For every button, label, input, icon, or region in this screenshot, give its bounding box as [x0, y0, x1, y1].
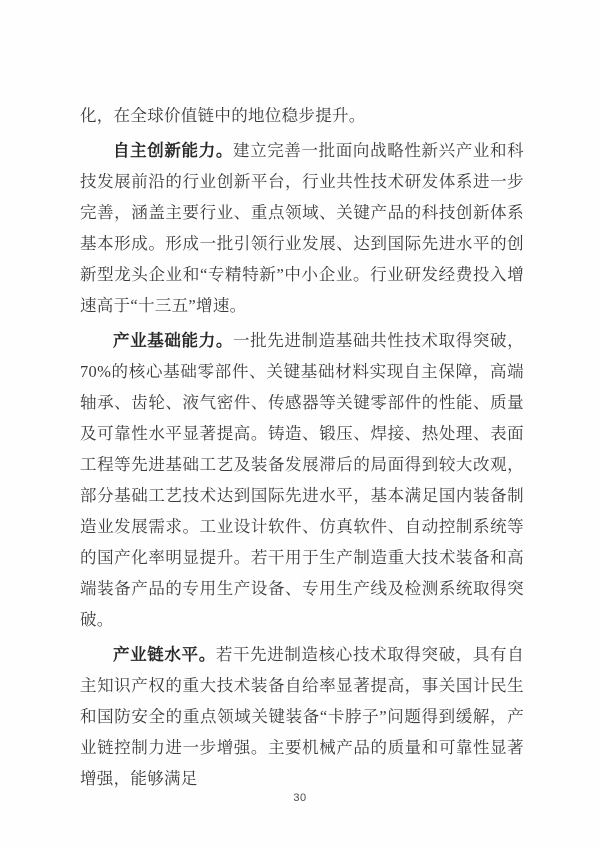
paragraph-heading: 自主创新能力。 [113, 141, 233, 160]
paragraph-text: 建立完善一批面向战略性新兴产业和科技发展前沿的行业创新平台，行业共性技术研发体系… [80, 141, 524, 315]
paragraph: 化，在全球价值链中的地位稳步提升。 [80, 100, 524, 131]
paragraph: 产业基础能力。一批先进制造基础共性技术取得突破，70%的核心基础零部件、关键基础… [80, 325, 524, 635]
page-number: 30 [0, 792, 600, 804]
paragraph-text: 若干先进制造核心技术取得突破，具有自主知识产权的重大技术装备自给率显著提高，事关… [80, 645, 524, 788]
paragraph-heading: 产业基础能力。 [113, 331, 233, 350]
document-page: 化，在全球价值链中的地位稳步提升。 自主创新能力。建立完善一批面向战略性新兴产业… [0, 0, 600, 848]
paragraph: 产业链水平。若干先进制造核心技术取得突破，具有自主知识产权的重大技术装备自给率显… [80, 639, 524, 794]
paragraph-text: 一批先进制造基础共性技术取得突破，70%的核心基础零部件、关键基础材料实现自主保… [80, 331, 524, 629]
paragraph-heading: 产业链水平。 [113, 645, 216, 664]
document-body: 化，在全球价值链中的地位稳步提升。 自主创新能力。建立完善一批面向战略性新兴产业… [80, 100, 524, 794]
paragraph-text: 化，在全球价值链中的地位稳步提升。 [80, 106, 366, 125]
paragraph: 自主创新能力。建立完善一批面向战略性新兴产业和科技发展前沿的行业创新平台，行业共… [80, 135, 524, 321]
